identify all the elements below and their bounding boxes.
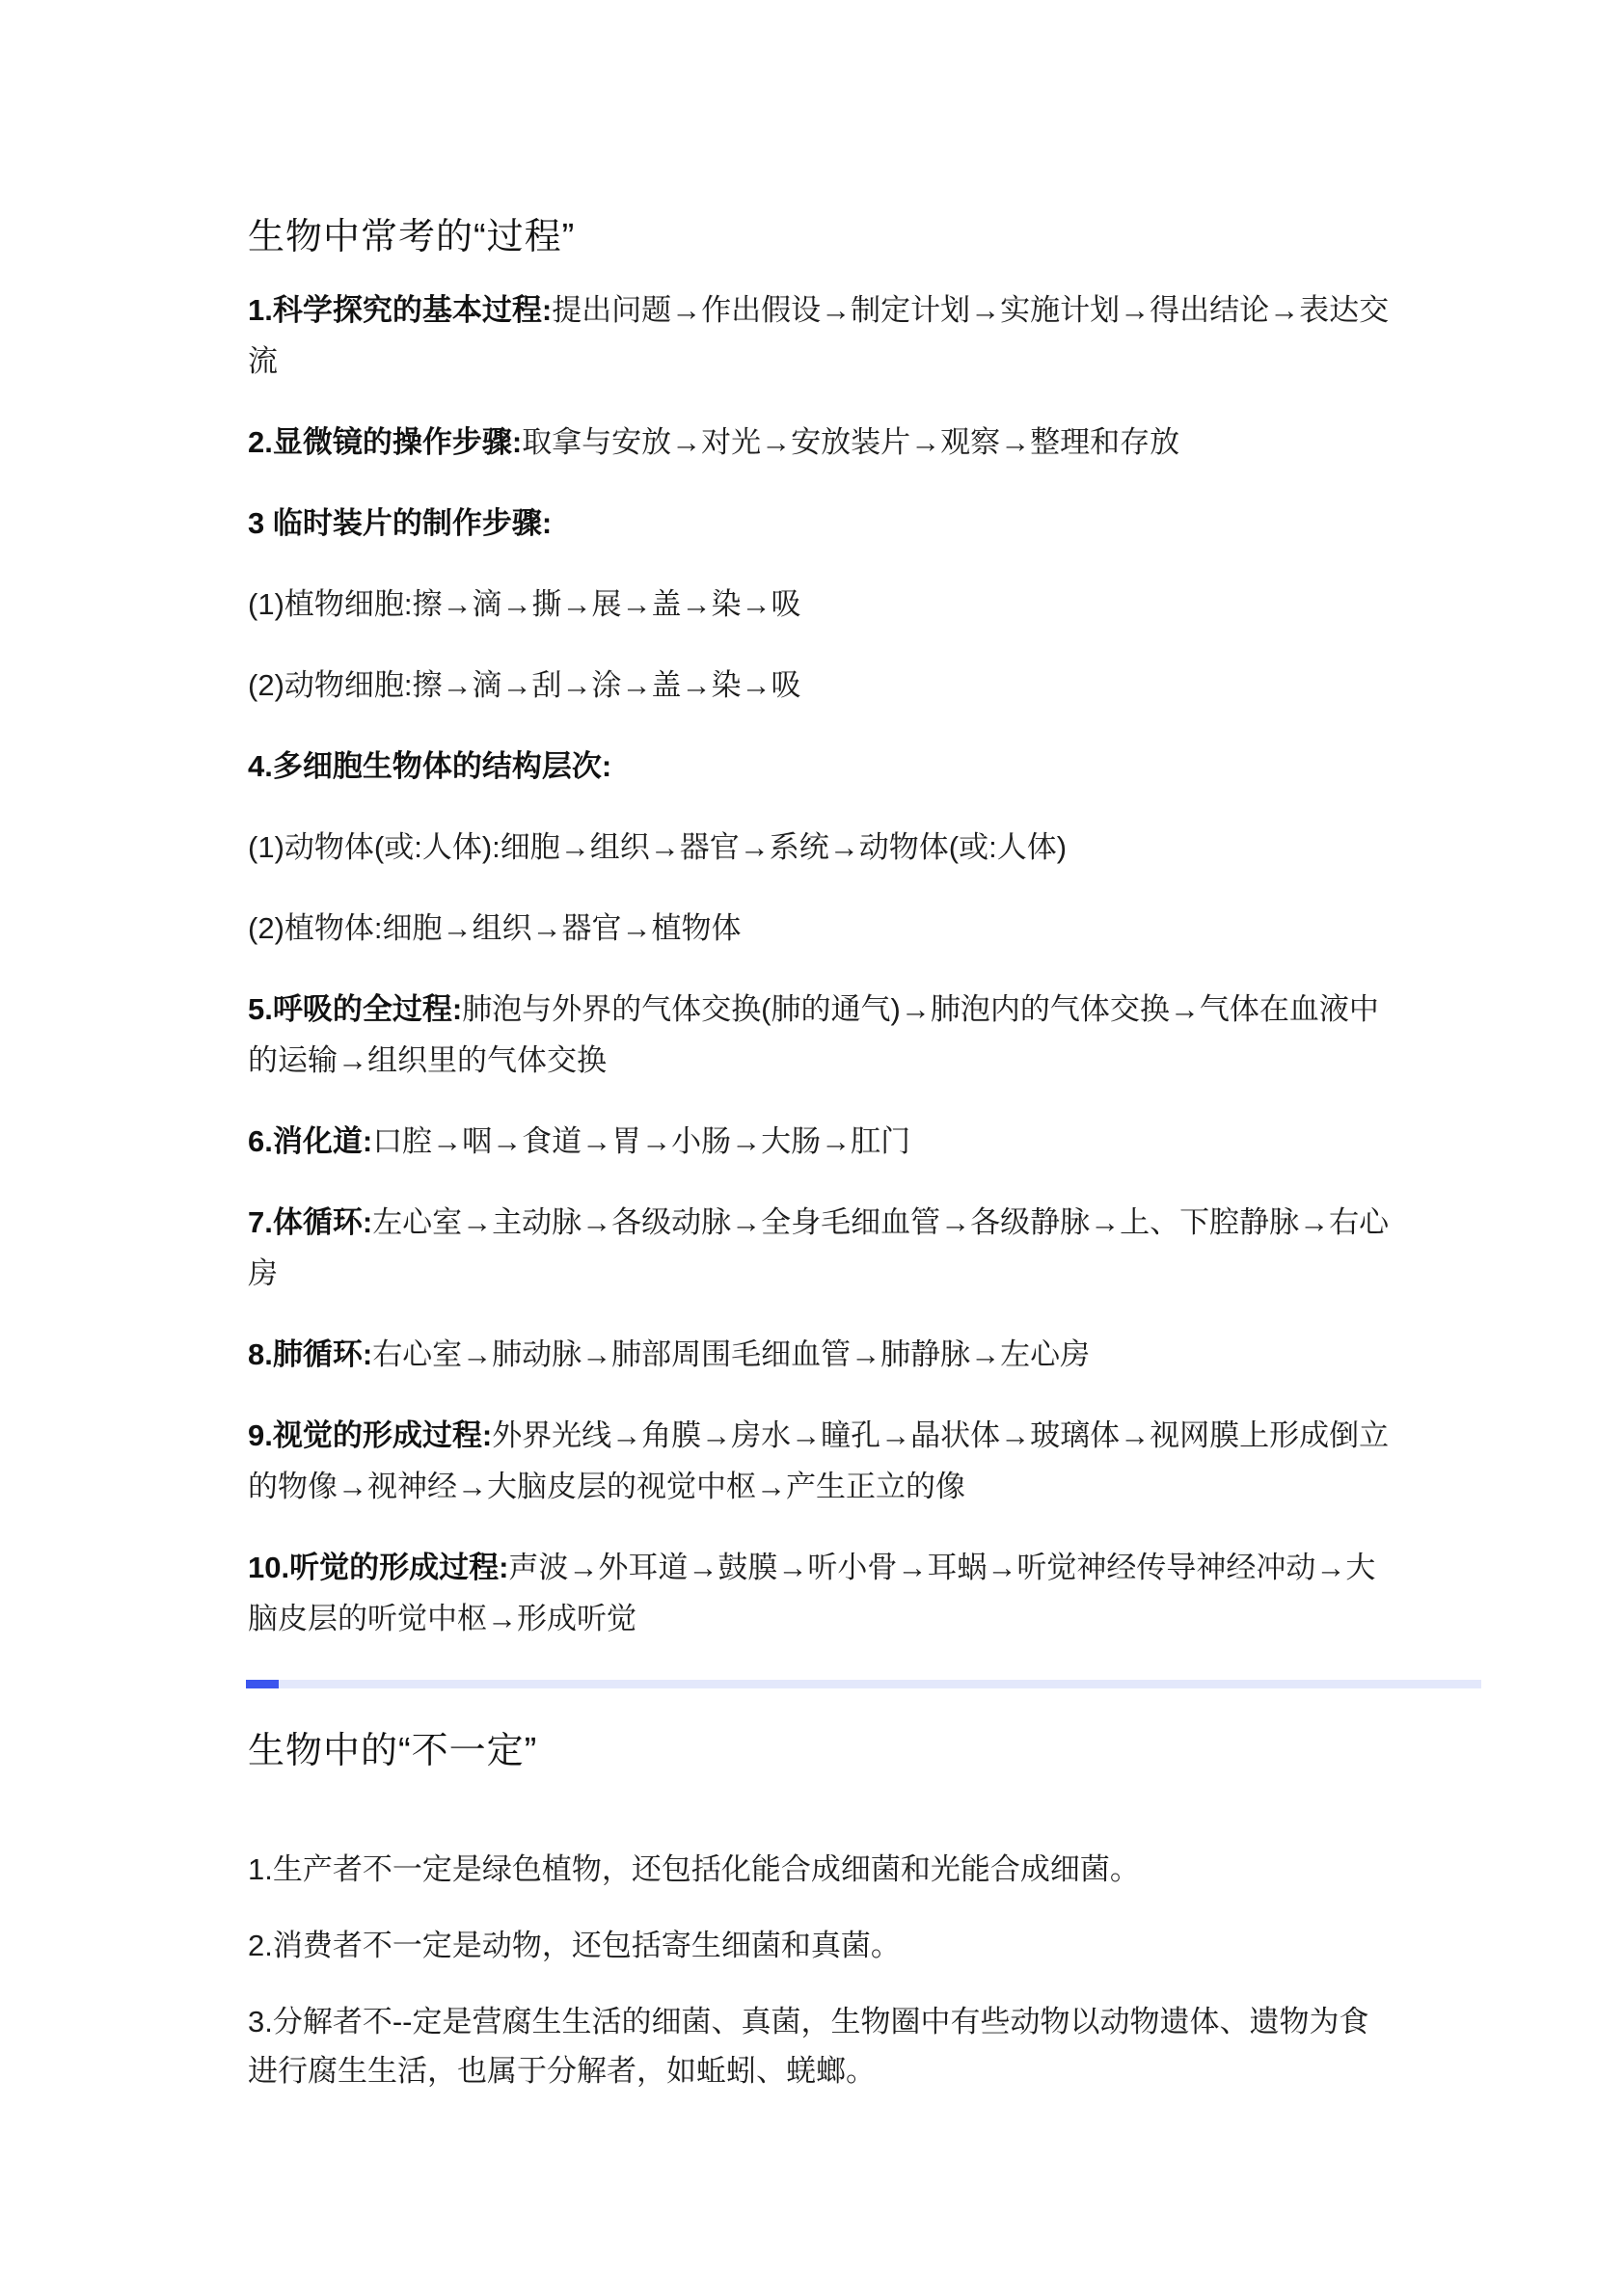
item-line: 8.肺循环:右心室→肺动脉→肺部周围毛细血管→肺静脉→左心房: [248, 1329, 1492, 1380]
item-line-continued: 进行腐生生活，也属于分解者，如蚯蚓、蜣螂。: [248, 2046, 1492, 2095]
process-item-9: 9.视觉的形成过程:外界光线→角膜→房水→瞳孔→晶状体→玻璃体→视网膜上形成倒立…: [248, 1410, 1492, 1512]
process-item-7: 7.体循环:左心室→主动脉→各级动脉→全身毛细血管→各级静脉→上、下腔静脉→右心…: [248, 1197, 1492, 1299]
item-label: 3 临时装片的制作步骤:: [248, 506, 552, 540]
item-label: 2.显微镜的操作步骤:: [248, 425, 522, 459]
process-item-5: 5.呼吸的全过程:肺泡与外界的气体交换(肺的通气)→肺泡内的气体交换→气体在血液…: [248, 984, 1492, 1086]
process-item-4-1: (1)动物体(或:人体):细胞→组织→器官→系统→动物体(或:人体): [248, 822, 1492, 873]
item-text: 2.消费者不一定是动物，还包括寄生细菌和真菌。: [248, 1921, 1492, 1970]
item-line-continued: 的物像→视神经→大脑皮层的视觉中枢→产生正立的像: [248, 1461, 1492, 1512]
item-text: 提出问题→作出假设→制定计划→实施计划→得出结论→表达交: [552, 293, 1389, 327]
item-text: 右心室→肺动脉→肺部周围毛细血管→肺静脉→左心房: [372, 1337, 1090, 1371]
item-label: 4.多细胞生物体的结构层次:: [248, 749, 611, 783]
process-item-10: 10.听觉的形成过程:声波→外耳道→鼓膜→听小骨→耳蜗→听觉神经传导神经冲动→大…: [248, 1542, 1492, 1644]
process-item-4: 4.多细胞生物体的结构层次:: [248, 741, 1492, 792]
item-text: 左心室→主动脉→各级动脉→全身毛细血管→各级静脉→上、下腔静脉→右心: [372, 1205, 1389, 1239]
section-title-not-necessarily: 生物中的“不一定”: [248, 1726, 1492, 1777]
process-item-4-2: (2)植物体:细胞→组织→器官→植物体: [248, 903, 1492, 954]
process-item-6: 6.消化道:口腔→咽→食道→胃→小肠→大肠→肛门: [248, 1116, 1492, 1167]
item-label: 1.科学探究的基本过程:: [248, 293, 552, 327]
item-text: 1.生产者不一定是绿色植物，还包括化能合成细菌和光能合成细菌。: [248, 1845, 1492, 1894]
note-item-1: 1.生产者不一定是绿色植物，还包括化能合成细菌和光能合成细菌。: [248, 1845, 1492, 1894]
note-item-3: 3.分解者不--定是营腐生生活的细菌、真菌，生物圈中有些动物以动物遗体、遗物为食…: [248, 1997, 1492, 2095]
item-text: (2)动物细胞:擦→滴→刮→涂→盖→染→吸: [248, 660, 1492, 711]
process-item-3: 3 临时装片的制作步骤:: [248, 498, 1492, 549]
process-item-3-2: (2)动物细胞:擦→滴→刮→涂→盖→染→吸: [248, 660, 1492, 711]
item-label: 8.肺循环:: [248, 1337, 372, 1371]
item-text: 声波→外耳道→鼓膜→听小骨→耳蜗→听觉神经传导神经冲动→大: [508, 1551, 1375, 1584]
item-text: (1)植物细胞:擦→滴→撕→展→盖→染→吸: [248, 579, 1492, 630]
item-line: 9.视觉的形成过程:外界光线→角膜→房水→瞳孔→晶状体→玻璃体→视网膜上形成倒立: [248, 1410, 1492, 1461]
section-divider: [246, 1680, 1481, 1688]
item-text: 外界光线→角膜→房水→瞳孔→晶状体→玻璃体→视网膜上形成倒立: [492, 1418, 1389, 1452]
item-line: 7.体循环:左心室→主动脉→各级动脉→全身毛细血管→各级静脉→上、下腔静脉→右心: [248, 1197, 1492, 1248]
item-label: 9.视觉的形成过程:: [248, 1418, 492, 1452]
item-line: 5.呼吸的全过程:肺泡与外界的气体交换(肺的通气)→肺泡内的气体交换→气体在血液…: [248, 984, 1492, 1035]
item-line-continued: 脑皮层的听觉中枢→形成听觉: [248, 1593, 1492, 1644]
item-line: 1.科学探究的基本过程:提出问题→作出假设→制定计划→实施计划→得出结论→表达交: [248, 284, 1492, 336]
process-item-1: 1.科学探究的基本过程:提出问题→作出假设→制定计划→实施计划→得出结论→表达交…: [248, 284, 1492, 387]
item-line: 3 临时装片的制作步骤:: [248, 498, 1492, 549]
item-text: (2)植物体:细胞→组织→器官→植物体: [248, 903, 1492, 954]
item-line: 2.显微镜的操作步骤:取拿与安放→对光→安放装片→观察→整理和存放: [248, 417, 1492, 468]
item-line: 6.消化道:口腔→咽→食道→胃→小肠→大肠→肛门: [248, 1116, 1492, 1167]
item-text: (1)动物体(或:人体):细胞→组织→器官→系统→动物体(或:人体): [248, 822, 1492, 873]
section-title-processes: 生物中常考的“过程”: [248, 212, 1492, 263]
item-label: 5.呼吸的全过程:: [248, 992, 462, 1026]
item-label: 6.消化道:: [248, 1124, 372, 1158]
section-not-necessarily: 生物中的“不一定” 1.生产者不一定是绿色植物，还包括化能合成细菌和光能合成细菌…: [248, 1726, 1492, 2122]
item-line: 4.多细胞生物体的结构层次:: [248, 741, 1492, 792]
item-line-continued: 流: [248, 336, 1492, 387]
process-item-2: 2.显微镜的操作步骤:取拿与安放→对光→安放装片→观察→整理和存放: [248, 417, 1492, 468]
item-text: 口腔→咽→食道→胃→小肠→大肠→肛门: [372, 1124, 910, 1158]
item-line-continued: 的运输→组织里的气体交换: [248, 1035, 1492, 1086]
item-line: 10.听觉的形成过程:声波→外耳道→鼓膜→听小骨→耳蜗→听觉神经传导神经冲动→大: [248, 1542, 1492, 1593]
note-item-2: 2.消费者不一定是动物，还包括寄生细菌和真菌。: [248, 1921, 1492, 1970]
divider-accent: [246, 1680, 279, 1688]
item-label: 10.听觉的形成过程:: [248, 1551, 508, 1584]
process-item-8: 8.肺循环:右心室→肺动脉→肺部周围毛细血管→肺静脉→左心房: [248, 1329, 1492, 1380]
item-text: 取拿与安放→对光→安放装片→观察→整理和存放: [522, 425, 1179, 459]
item-label: 7.体循环:: [248, 1205, 372, 1239]
item-text: 3.分解者不--定是营腐生生活的细菌、真菌，生物圈中有些动物以动物遗体、遗物为食: [248, 1997, 1492, 2046]
process-item-3-1: (1)植物细胞:擦→滴→撕→展→盖→染→吸: [248, 579, 1492, 630]
item-line-continued: 房: [248, 1248, 1492, 1299]
item-text: 肺泡与外界的气体交换(肺的通气)→肺泡内的气体交换→气体在血液中: [462, 992, 1379, 1026]
section-processes: 生物中常考的“过程” 1.科学探究的基本过程:提出问题→作出假设→制定计划→实施…: [248, 212, 1492, 1674]
